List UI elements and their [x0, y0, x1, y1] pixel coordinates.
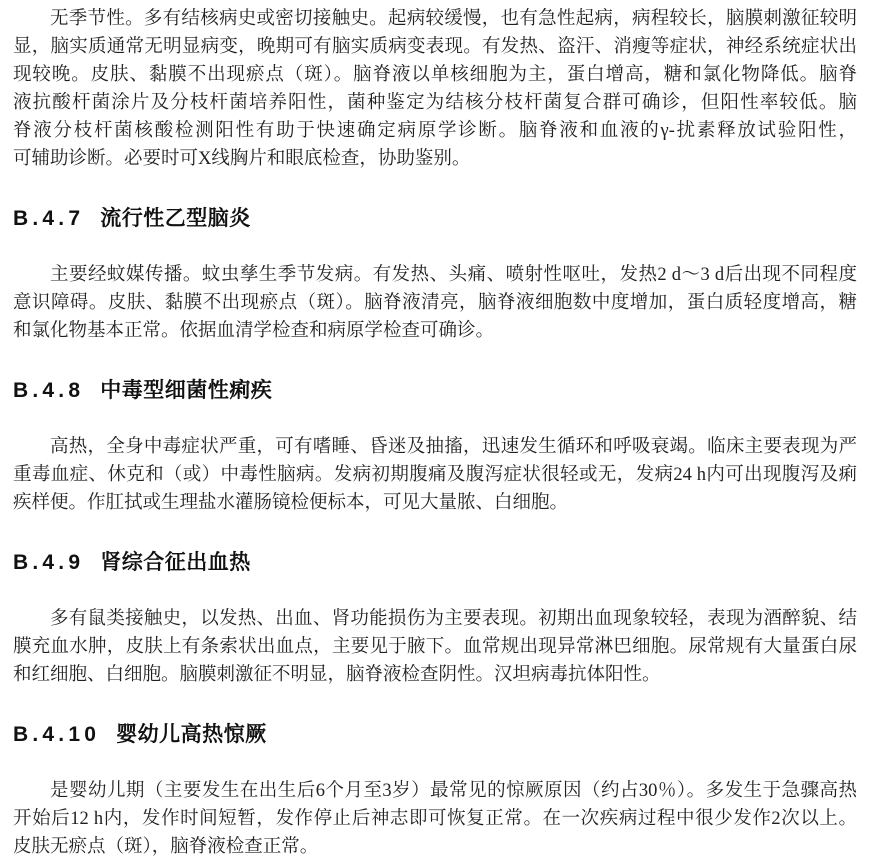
section-number: B.4.9 — [13, 550, 84, 575]
paragraph-line: 无季节性。多有结核病史或密切接触史。起病较缓慢，也有急性起病，病程较长，脑膜刺激… — [13, 5, 857, 33]
paragraph-line: 显，脑实质通常无明显病变，晚期可有脑实质病变表现。有发热、盗汗、消瘦等症状，神经… — [13, 33, 857, 61]
paragraph-line: 疾样便。作肛拭或生理盐水灌肠镜检便标本，可见大量脓、白细胞。 — [13, 489, 857, 517]
document-content: 无季节性。多有结核病史或密切接触史。起病较缓慢，也有急性起病，病程较长，脑膜刺激… — [0, 0, 875, 861]
section-list: B.4.7 流行性乙型脑炎 主要经蚊媒传播。蚊虫孳生季节发病。有发热、头痛、喷射… — [13, 206, 857, 861]
section-paragraph: 是婴幼儿期（主要发生在出生后6个月至3岁）最常见的惊厥原因（约占30％）。多发生… — [13, 777, 857, 861]
paragraph-line: 脊液分枝杆菌核酸检测阳性有助于快速确定病原学诊断。脑脊液和血液的γ-扰素释放试验… — [13, 117, 857, 145]
intro-paragraph: 无季节性。多有结核病史或密切接触史。起病较缓慢，也有急性起病，病程较长，脑膜刺激… — [13, 5, 857, 173]
document-section: B.4.8 中毒型细菌性痢疾 高热，全身中毒症状严重，可有嗜睡、昏迷及抽搐，迅速… — [13, 378, 857, 517]
section-heading: B.4.8 中毒型细菌性痢疾 — [13, 378, 857, 403]
section-heading: B.4.10 婴幼儿高热惊厥 — [13, 722, 857, 747]
paragraph-line: 意识障碍。皮肤、黏膜不出现瘀点（斑）。脑脊液清亮，脑脊液细胞数中度增加，蛋白质轻… — [13, 289, 857, 317]
paragraph-line: 和红细胞、白细胞。脑膜刺激征不明显，脑脊液检查阴性。汉坦病毒抗体阳性。 — [13, 661, 857, 689]
section-title: 婴幼儿高热惊厥 — [116, 722, 267, 747]
paragraph-line: 膜充血水肿，皮肤上有条索状出血点，主要见于腋下。血常规出现异常淋巴细胞。尿常规有… — [13, 633, 857, 661]
section-paragraph: 主要经蚊媒传播。蚊虫孳生季节发病。有发热、头痛、喷射性呕吐，发热2 d～3 d后… — [13, 261, 857, 345]
section-paragraph: 高热，全身中毒症状严重，可有嗜睡、昏迷及抽搐，迅速发生循环和呼吸衰竭。临床主要表… — [13, 433, 857, 517]
paragraph-line: 高热，全身中毒症状严重，可有嗜睡、昏迷及抽搐，迅速发生循环和呼吸衰竭。临床主要表… — [13, 433, 857, 461]
paragraph-line: 皮肤无瘀点（斑），脑脊液检查正常。 — [13, 833, 857, 861]
paragraph-line: 和氯化物基本正常。依据血清学检查和病原学检查可确诊。 — [13, 317, 857, 345]
section-number: B.4.10 — [13, 722, 100, 747]
paragraph-line: 开始后12 h内，发作时间短暂，发作停止后神志即可恢复正常。在一次疾病过程中很少… — [13, 805, 857, 833]
section-number: B.4.8 — [13, 378, 84, 403]
section-heading: B.4.9 肾综合征出血热 — [13, 550, 857, 575]
document-section: B.4.9 肾综合征出血热 多有鼠类接触史，以发热、出血、肾功能损伤为主要表现。… — [13, 550, 857, 689]
paragraph-line: 重毒血症、休克和（或）中毒性脑病。发病初期腹痛及腹泻症状很轻或无，发病24 h内… — [13, 461, 857, 489]
section-paragraph: 多有鼠类接触史，以发热、出血、肾功能损伤为主要表现。初期出血现象较轻，表现为酒醉… — [13, 605, 857, 689]
paragraph-line: 是婴幼儿期（主要发生在出生后6个月至3岁）最常见的惊厥原因（约占30％）。多发生… — [13, 777, 857, 805]
section-title: 中毒型细菌性痢疾 — [100, 378, 272, 403]
document-section: B.4.10 婴幼儿高热惊厥 是婴幼儿期（主要发生在出生后6个月至3岁）最常见的… — [13, 722, 857, 861]
paragraph-line: 多有鼠类接触史，以发热、出血、肾功能损伤为主要表现。初期出血现象较轻，表现为酒醉… — [13, 605, 857, 633]
section-title: 流行性乙型脑炎 — [100, 206, 251, 231]
scanned-document-page: { "page": { "background_color": "#ffffff… — [0, 0, 875, 861]
paragraph-line: 现较晚。皮肤、黏膜不出现瘀点（斑）。脑脊液以单核细胞为主，蛋白增高，糖和氯化物降… — [13, 61, 857, 89]
document-section: B.4.7 流行性乙型脑炎 主要经蚊媒传播。蚊虫孳生季节发病。有发热、头痛、喷射… — [13, 206, 857, 345]
section-title: 肾综合征出血热 — [100, 550, 251, 575]
paragraph-line: 液抗酸杆菌涂片及分枝杆菌培养阳性，菌种鉴定为结核分枝杆菌复合群可确诊，但阳性率较… — [13, 89, 857, 117]
paragraph-line: 主要经蚊媒传播。蚊虫孳生季节发病。有发热、头痛、喷射性呕吐，发热2 d～3 d后… — [13, 261, 857, 289]
section-number: B.4.7 — [13, 206, 84, 231]
section-heading: B.4.7 流行性乙型脑炎 — [13, 206, 857, 231]
paragraph-line: 可辅助诊断。必要时可X线胸片和眼底检查，协助鉴别。 — [13, 145, 857, 173]
